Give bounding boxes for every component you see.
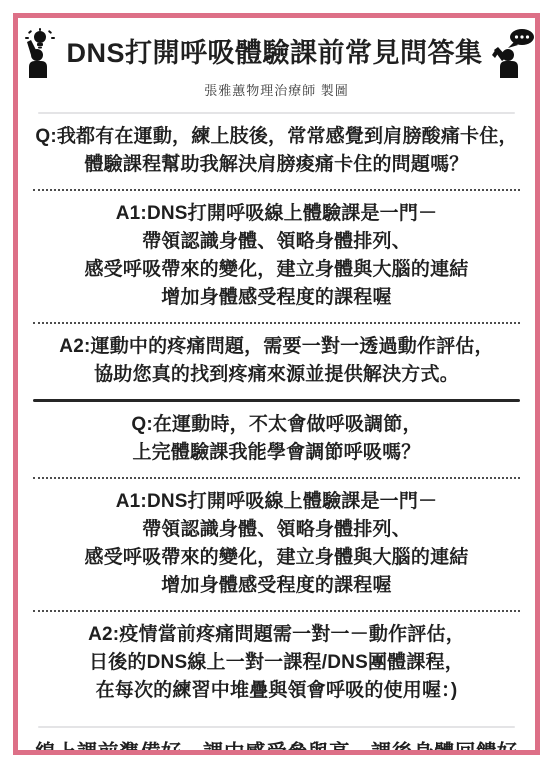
answer-line: 在每次的練習中堆疊與領會呼吸的使用喔：) [32, 677, 521, 705]
question-line: Q:在運動時，不太會做呼吸調節， [32, 411, 521, 439]
faq1-question: Q:我都有在運動，練上肢後，常常感覺到肩膀酸痛卡住， 體驗課程幫助我解決肩膀痠痛… [32, 114, 521, 189]
answer-line: 感受呼吸帶來的變化，建立身體與大腦的連結 [32, 544, 521, 572]
answer-line: 增加身體感受程度的課程喔 [32, 572, 521, 600]
answer-line: A2:運動中的疼痛問題，需要一對一透過動作評估， [32, 333, 521, 361]
faq1-answer2: A2:運動中的疼痛問題，需要一對一透過動作評估， 協助您真的找到疼痛來源並提供解… [32, 324, 521, 399]
footer: 線上課前準備好，課中感受參與高，課後身體回饋好 [32, 715, 521, 755]
answer-line: 增加身體感受程度的課程喔 [32, 284, 521, 312]
faq1-answer1: A1:DNS打開呼吸線上體驗課是一門－ 帶領認識身體、領略身體排列、 感受呼吸帶… [32, 191, 521, 322]
footer-divider [38, 726, 515, 728]
answer-line: A1:DNS打開呼吸線上體驗課是一門－ [32, 200, 521, 228]
answer-line: A2:疫情當前疼痛問題需一對一－動作評估， [32, 621, 521, 649]
page-title: DNS打開呼吸體驗課前常見問答集 [67, 31, 483, 75]
faq-card: DNS打開呼吸體驗課前常見問答集 張雅蕙物理治療師 製圖 Q:我都有在運動， [13, 13, 540, 755]
answer-line: 帶領認識身體、領略身體排列、 [32, 228, 521, 256]
faq2-answer1: A1:DNS打開呼吸線上體驗課是一門－ 帶領認識身體、領略身體排列、 感受呼吸帶… [32, 479, 521, 610]
page-subtitle: 張雅蕙物理治療師 製圖 [32, 81, 521, 101]
header: DNS打開呼吸體驗課前常見問答集 [32, 28, 521, 78]
faq2-question: Q:在運動時，不太會做呼吸調節， 上完體驗課我能學會調節呼吸嗎？ [32, 402, 521, 477]
person-speech-bubble-icon [490, 28, 536, 78]
footer-text: 線上課前準備好，課中感受參與高，課後身體回饋好 [32, 738, 521, 755]
answer-line: 帶領認識身體、領略身體排列、 [32, 516, 521, 544]
question-line: 上完體驗課我能學會調節呼吸嗎？ [32, 439, 521, 467]
answer-line: A1:DNS打開呼吸線上體驗課是一門－ [32, 488, 521, 516]
person-lightbulb-idea-icon [18, 28, 60, 78]
answer-line: 協助您真的找到疼痛來源並提供解決方式。 [32, 361, 521, 389]
question-line: Q:我都有在運動，練上肢後，常常感覺到肩膀酸痛卡住， [32, 123, 521, 151]
question-line: 體驗課程幫助我解決肩膀痠痛卡住的問題嗎？ [32, 151, 521, 179]
answer-line: 日後的DNS線上一對一課程/DNS團體課程， [32, 649, 521, 677]
answer-line: 感受呼吸帶來的變化，建立身體與大腦的連結 [32, 256, 521, 284]
faq2-answer2: A2:疫情當前疼痛問題需一對一－動作評估， 日後的DNS線上一對一課程/DNS團… [32, 612, 521, 715]
